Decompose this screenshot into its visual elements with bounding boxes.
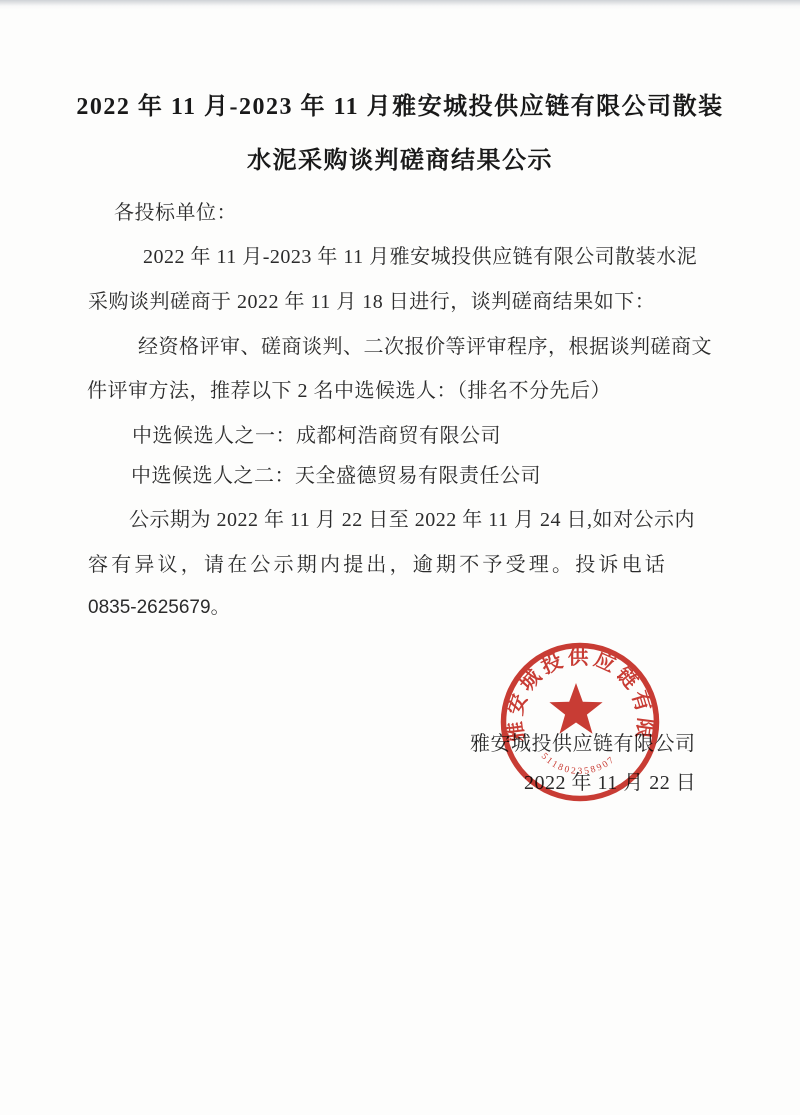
seal-star-icon (549, 683, 602, 734)
body-line-candidate-2: 中选候选人之二：天全盛德贸易有限责任公司 (131, 459, 541, 488)
seal-scan-gap-top (500, 653, 515, 667)
salutation-line: 各投标单位： (114, 196, 237, 225)
svg-text:511802358907: 511802358907 (539, 752, 618, 777)
seal-scan-gap-bottom (514, 781, 529, 794)
body-line-paragraph3-2: 容有异议，请在公示期内提出，逾期不予受理。投诉电话 (88, 548, 668, 577)
body-line-paragraph3-1: 公示期为 2022 年 11 月 22 日至 2022 年 11 月 24 日,… (129, 503, 695, 532)
seal-code-text: 511802358907 (539, 752, 618, 777)
body-line-paragraph1-2: 采购谈判磋商于 2022 年 11 月 18 日进行，谈判磋商结果如下： (88, 285, 655, 314)
scan-edge-shadow (0, 0, 800, 10)
body-line-paragraph1-1: 2022 年 11 月-2023 年 11 月雅安城投供应链有限公司散装水泥 (143, 240, 697, 269)
announcement-document-page: 2022 年 11 月-2023 年 11 月雅安城投供应链有限公司散装 水泥采… (0, 0, 800, 1115)
document-title-line2: 水泥采购谈判磋商结果公示 (0, 140, 800, 175)
company-seal-stamp: 雅安城投供应链有限公司 511802358907 (480, 622, 680, 822)
body-line-paragraph2-2: 件评审方法，推荐以下 2 名中选候选人：（排名不分先后） (87, 374, 611, 403)
body-line-candidate-1: 中选候选人之一：成都柯浩商贸有限公司 (132, 419, 501, 448)
document-title-line1: 2022 年 11 月-2023 年 11 月雅安城投供应链有限公司散装 (0, 86, 800, 121)
body-line-phone: 0835-2625679。 (88, 592, 230, 619)
body-line-paragraph2-1: 经资格评审、磋商谈判、二次报价等评审程序，根据谈判磋商文 (138, 330, 712, 359)
